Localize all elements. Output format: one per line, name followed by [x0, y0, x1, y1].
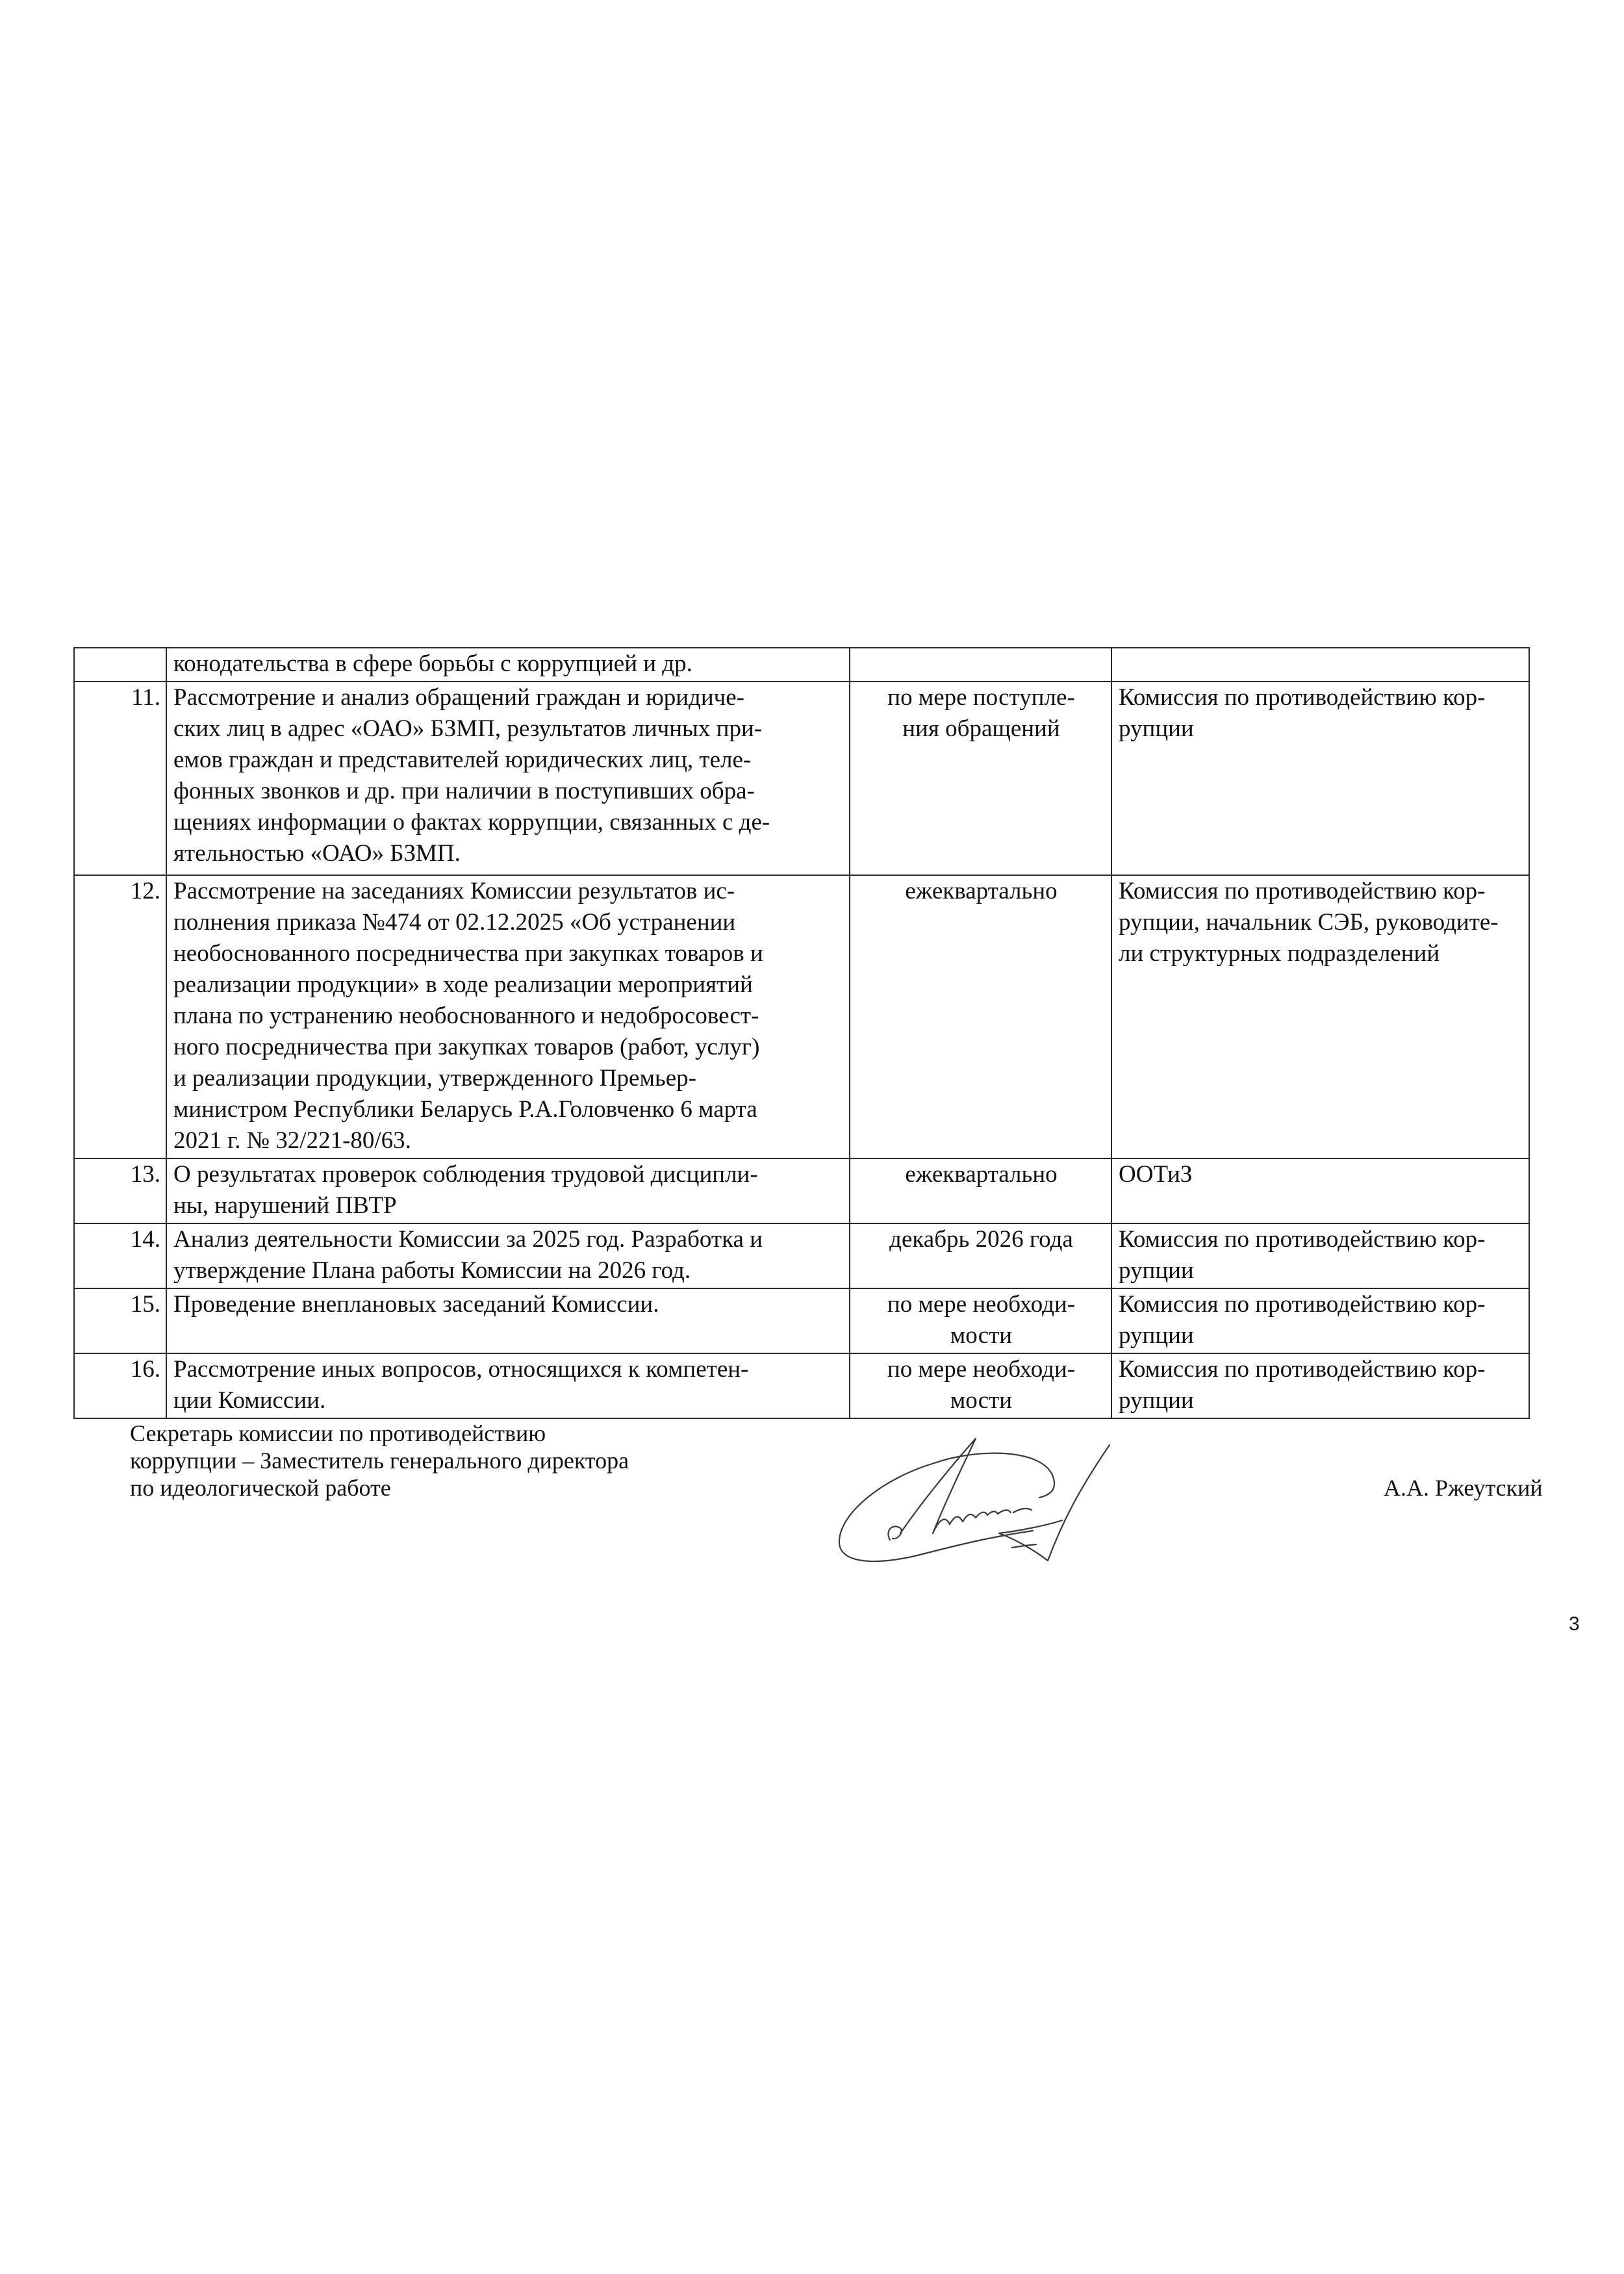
responsible-text-line: рупции, начальник СЭБ, руководите- [1119, 907, 1523, 938]
activity-cell: Рассмотрение иных вопросов, относящихся … [166, 1353, 850, 1418]
responsible-text-line: Комиссия по противодействию кор- [1119, 1224, 1523, 1255]
item-number: 15. [81, 1289, 160, 1320]
item-number: 14. [81, 1224, 160, 1255]
deadline-text-line: ния обращений [857, 713, 1106, 745]
deadline-text-line: по мере необходи- [857, 1354, 1106, 1385]
activity-text-line: ны, нарушений ПВТР [173, 1190, 844, 1221]
responsible-text-line: рупции [1119, 1320, 1523, 1351]
activity-text-line: фонных звонков и др. при наличии в посту… [173, 776, 844, 807]
item-number: 12. [81, 876, 160, 907]
activity-cell: О результатах проверок соблюдения трудов… [166, 1158, 850, 1223]
responsible-text-line: Комиссия по противодействию кор- [1119, 682, 1523, 713]
item-number: 16. [81, 1354, 160, 1385]
item-number-cell: 13. [74, 1158, 166, 1223]
responsible-cell: Комиссия по противодействию кор-рупции, … [1111, 875, 1529, 1158]
deadline-cell: ежеквартально [850, 875, 1111, 1158]
responsible-text-line: рупции [1119, 1255, 1523, 1286]
activity-cell: Рассмотрение на заседаниях Комиссии резу… [166, 875, 850, 1158]
activity-text-line: ции Комиссии. [173, 1385, 844, 1416]
item-number-cell [74, 648, 166, 682]
activity-text-line: плана по устранению необоснованного и не… [173, 1001, 844, 1032]
deadline-text-line: декабрь 2026 года [857, 1224, 1106, 1255]
item-number: 13. [81, 1159, 160, 1190]
activity-text-line: конодательства в сфере борьбы с коррупци… [173, 648, 844, 680]
responsible-cell: Комиссия по противодействию кор-рупции [1111, 682, 1529, 875]
item-number-cell: 12. [74, 875, 166, 1158]
table-row: конодательства в сфере борьбы с коррупци… [74, 648, 1529, 682]
activity-cell: Проведение внеплановых заседаний Комисси… [166, 1288, 850, 1353]
deadline-text-line: ежеквартально [857, 1159, 1106, 1190]
signer-name: А.А. Ржеутский [1384, 1474, 1543, 1501]
deadline-text-line: по мере поступле- [857, 682, 1106, 713]
deadline-cell: по мере поступле-ния обращений [850, 682, 1111, 875]
activity-text-line: Рассмотрение и анализ обращений граждан … [173, 682, 844, 713]
signatory-position-line: коррупции – Заместитель генерального дир… [130, 1447, 629, 1474]
document-page: конодательства в сфере борьбы с коррупци… [0, 0, 1624, 2274]
activity-text-line: и реализации продукции, утвержденного Пр… [173, 1063, 844, 1094]
deadline-cell: ежеквартально [850, 1158, 1111, 1223]
item-number-cell: 14. [74, 1223, 166, 1288]
activity-text-line: щениях информации о фактах коррупции, св… [173, 807, 844, 838]
table-row: 11. Рассмотрение и анализ обращений граж… [74, 682, 1529, 875]
deadline-cell: декабрь 2026 года [850, 1223, 1111, 1288]
responsible-text-line: Комиссия по противодействию кор- [1119, 1354, 1523, 1385]
activity-text-line: реализации продукции» в ходе реализации … [173, 969, 844, 1001]
signature-icon [825, 1403, 1163, 1572]
table-row: 14. Анализ деятельности Комиссии за 2025… [74, 1223, 1529, 1288]
work-plan-table: конодательства в сфере борьбы с коррупци… [73, 647, 1530, 1419]
deadline-text-line: по мере необходи- [857, 1289, 1106, 1320]
responsible-text-line: ООТиЗ [1119, 1159, 1523, 1190]
deadline-cell [850, 648, 1111, 682]
responsible-cell [1111, 648, 1529, 682]
responsible-cell: Комиссия по противодействию кор-рупции [1111, 1353, 1529, 1418]
activity-text-line: министром Республики Беларусь Р.А.Головч… [173, 1094, 844, 1125]
activity-text-line: полнения приказа №474 от 02.12.2025 «Об … [173, 907, 844, 938]
responsible-text-line: ли структурных подразделений [1119, 938, 1523, 969]
item-number: 11. [81, 682, 160, 713]
signatory-position: Секретарь комиссии по противодействию ко… [130, 1420, 629, 1501]
activity-text-line: Анализ деятельности Комиссии за 2025 год… [173, 1224, 844, 1255]
item-number-cell: 11. [74, 682, 166, 875]
activity-text-line: О результатах проверок соблюдения трудов… [173, 1159, 844, 1190]
signatory-position-line: по идеологической работе [130, 1474, 629, 1501]
item-number-cell: 16. [74, 1353, 166, 1418]
activity-text-line: Проведение внеплановых заседаний Комисси… [173, 1289, 844, 1320]
responsible-text-line: Комиссия по противодействию кор- [1119, 876, 1523, 907]
responsible-text-line: рупции [1119, 713, 1523, 745]
item-number-cell: 15. [74, 1288, 166, 1353]
responsible-text-line: Комиссия по противодействию кор- [1119, 1289, 1523, 1320]
activity-cell: конодательства в сфере борьбы с коррупци… [166, 648, 850, 682]
responsible-cell: ООТиЗ [1111, 1158, 1529, 1223]
responsible-cell: Комиссия по противодействию кор-рупции [1111, 1288, 1529, 1353]
deadline-text-line: ежеквартально [857, 876, 1106, 907]
table-row: 16.Рассмотрение иных вопросов, относящих… [74, 1353, 1529, 1418]
responsible-cell: Комиссия по противодействию кор-рупции [1111, 1223, 1529, 1288]
activity-text-line: ного посредничества при закупках товаров… [173, 1032, 844, 1063]
activity-text-line: ятельностью «ОАО» БЗМП. [173, 838, 844, 869]
table-row: 15. Проведение внеплановых заседаний Ком… [74, 1288, 1529, 1353]
deadline-text-line: мости [857, 1320, 1106, 1351]
activity-cell: Рассмотрение и анализ обращений граждан … [166, 682, 850, 875]
activity-cell: Анализ деятельности Комиссии за 2025 год… [166, 1223, 850, 1288]
activity-text-line: 2021 г. № 32/221-80/63. [173, 1125, 844, 1156]
activity-text-line: Рассмотрение на заседаниях Комиссии резу… [173, 876, 844, 907]
activity-text-line: ских лиц в адрес «ОАО» БЗМП, результатов… [173, 713, 844, 745]
activity-text-line: необоснованного посредничества при закуп… [173, 938, 844, 969]
activity-text-line: емов граждан и представителей юридически… [173, 745, 844, 776]
work-plan-table-body: конодательства в сфере борьбы с коррупци… [74, 648, 1529, 1418]
responsible-text-line: рупции [1119, 1385, 1523, 1416]
activity-text-line: Рассмотрение иных вопросов, относящихся … [173, 1354, 844, 1385]
page-number: 3 [1569, 1613, 1580, 1635]
activity-text-line: утверждение Плана работы Комиссии на 202… [173, 1255, 844, 1286]
signatory-position-line: Секретарь комиссии по противодействию [130, 1420, 629, 1447]
table-row: 13.О результатах проверок соблюдения тру… [74, 1158, 1529, 1223]
table-row: 12. Рассмотрение на заседаниях Комиссии … [74, 875, 1529, 1158]
deadline-cell: по мере необходи-мости [850, 1288, 1111, 1353]
